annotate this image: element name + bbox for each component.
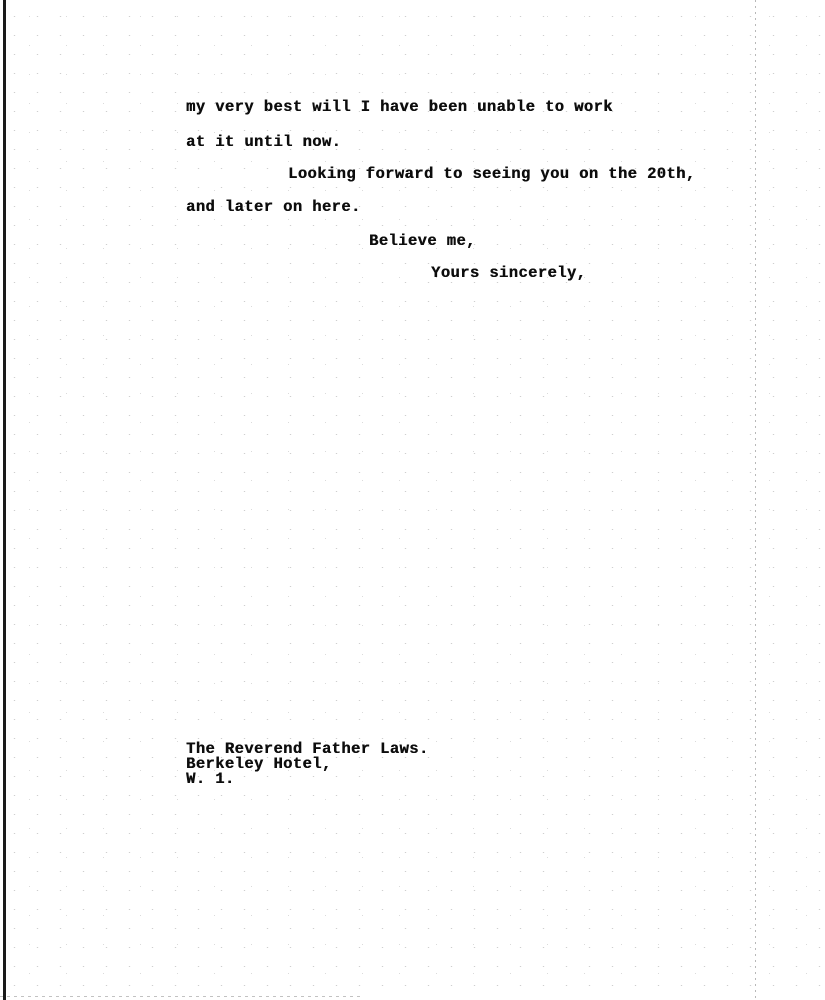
recipient-address: The Reverend Father Laws. Berkeley Hotel…: [186, 742, 429, 787]
sign-off: Yours sincerely,: [431, 264, 586, 282]
body-line-4: and later on here.: [186, 198, 361, 216]
page-bottom-edge: [0, 996, 360, 997]
address-line-3: W. 1.: [186, 772, 429, 787]
scan-noise: [0, 0, 825, 1000]
valediction: Believe me,: [369, 232, 476, 250]
body-line-1: my very best will I have been unable to …: [186, 98, 613, 116]
page-fold-line: [755, 0, 756, 1000]
page-left-edge: [3, 0, 6, 1000]
document-page: my very best will I have been unable to …: [0, 0, 825, 1000]
body-line-2: at it until now.: [186, 133, 341, 151]
body-line-3: Looking forward to seeing you on the 20t…: [288, 165, 695, 183]
